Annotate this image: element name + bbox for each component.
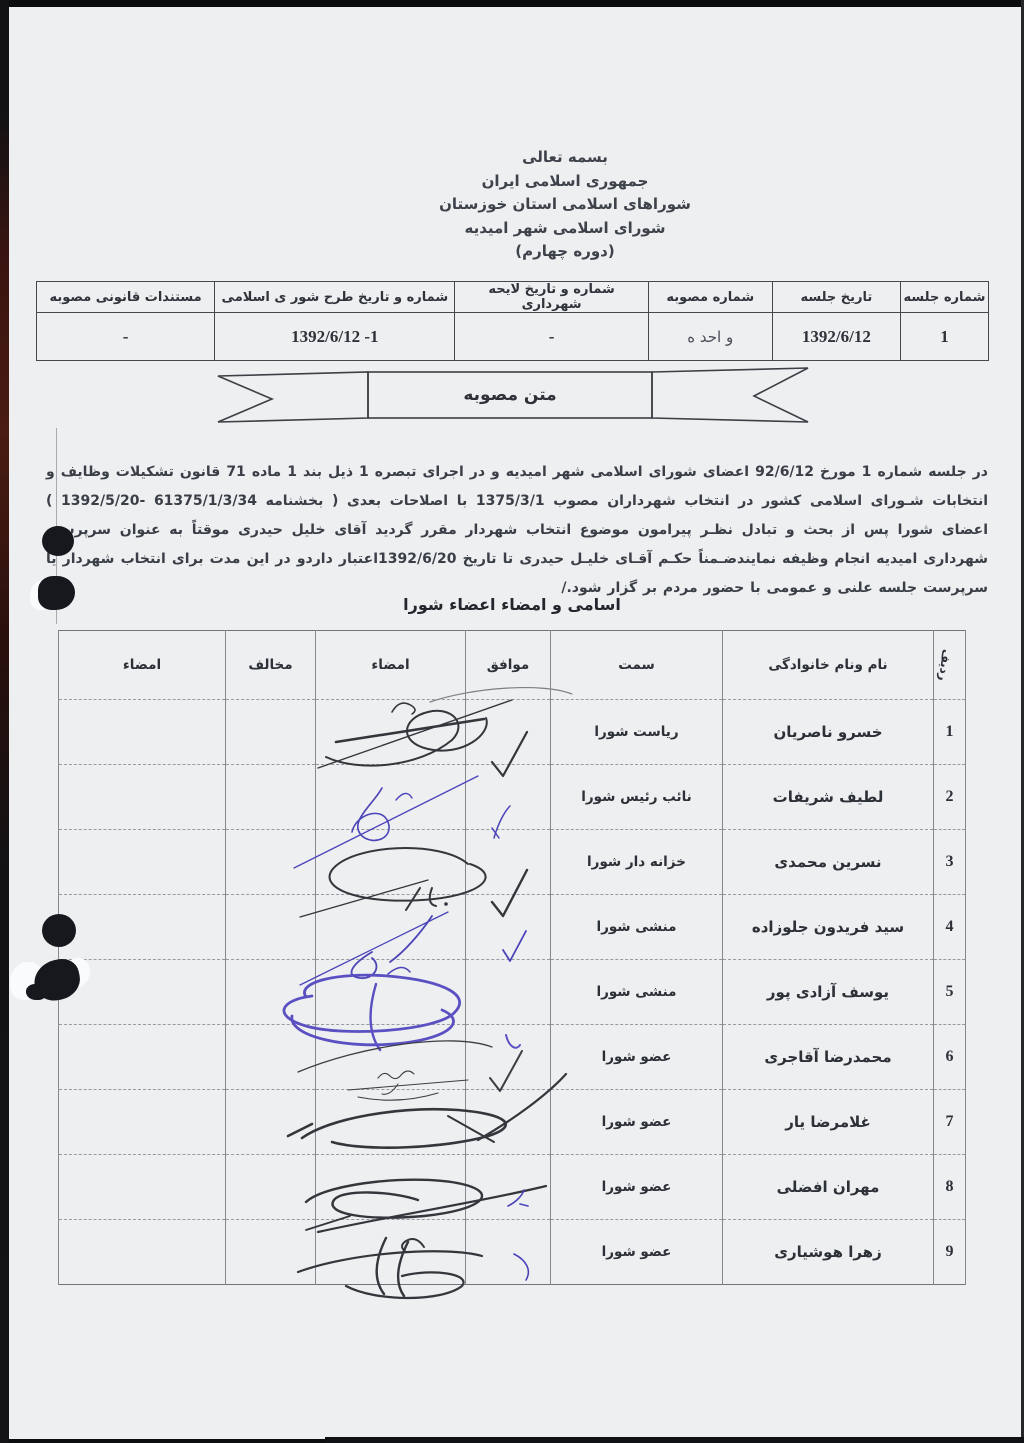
- oppose-signature-cell: [59, 1220, 226, 1285]
- agree-cell: [466, 830, 551, 895]
- agree-cell: [466, 1090, 551, 1155]
- letterhead-line-term: (دوره چهارم): [110, 240, 1020, 264]
- banner-ribbon-right: [652, 368, 808, 422]
- member-position: عضو شورا: [551, 1025, 723, 1090]
- member-row-3: 3 نسرین محمدی خزانه دار شورا: [59, 830, 966, 895]
- resolution-meta-table: شماره جلسه تاریخ جلسه شماره مصوبه شماره …: [36, 281, 989, 361]
- col-session-date: تاریخ جلسه: [772, 282, 900, 313]
- col-resolution-number: شماره مصوبه: [648, 282, 772, 313]
- member-position: عضو شورا: [551, 1090, 723, 1155]
- member-row-9: 9 زهرا هوشیاری عضو شورا: [59, 1220, 966, 1285]
- member-row-number: 7: [934, 1090, 966, 1155]
- letterhead-line-province-councils: شوراهای اسلامی استان خوزستان: [110, 193, 1020, 217]
- member-name: یوسف آزادی پور: [723, 960, 934, 1025]
- member-row-2: 2 لطیف شریفات نائب رئیس شورا: [59, 765, 966, 830]
- signature-cell: [316, 1155, 466, 1220]
- member-row-6: 6 محمدرضا آقاجری عضو شورا: [59, 1025, 966, 1090]
- punch-hole: [26, 984, 46, 1000]
- resolution-number-value: و احد ه: [648, 313, 772, 361]
- member-name: نسرین محمدی: [723, 830, 934, 895]
- signature-cell: [316, 765, 466, 830]
- session-date-value: 1392/6/12: [772, 313, 900, 361]
- oppose-cell: [226, 1220, 316, 1285]
- member-name: سید فریدون جلوزاده: [723, 895, 934, 960]
- scan-edge-bottom: [325, 1437, 1024, 1443]
- document-letterhead: بسمه تعالی جمهوری اسلامی ایران شوراهای ا…: [110, 146, 1020, 264]
- oppose-signature-cell: [59, 700, 226, 765]
- oppose-signature-cell: [59, 1090, 226, 1155]
- members-header-row: ردیف نام ونام خانوادگی سمت موافق امضاء م…: [59, 631, 966, 700]
- signature-cell: [316, 830, 466, 895]
- member-position: منشی شورا: [551, 895, 723, 960]
- letterhead-line-republic: جمهوری اسلامی ایران: [110, 170, 1020, 194]
- oppose-signature-cell: [59, 830, 226, 895]
- agree-cell: [466, 895, 551, 960]
- signature-cell: [316, 1220, 466, 1285]
- session-number-value: 1: [900, 313, 988, 361]
- member-position: خزانه دار شورا: [551, 830, 723, 895]
- header-row-number: ردیف: [934, 631, 966, 700]
- col-session-number: شماره جلسه: [900, 282, 988, 313]
- resolution-meta-header-row: شماره جلسه تاریخ جلسه شماره مصوبه شماره …: [37, 282, 989, 313]
- member-row-5: 5 یوسف آزادی پور منشی شورا: [59, 960, 966, 1025]
- header-position: سمت: [551, 631, 723, 700]
- agree-cell: [466, 765, 551, 830]
- scanned-document-page: بسمه تعالی جمهوری اسلامی ایران شوراهای ا…: [0, 0, 1024, 1443]
- council-plan-value: 1392/6/12 -1: [215, 313, 455, 361]
- oppose-cell: [226, 1025, 316, 1090]
- member-name: غلامرضا یار: [723, 1090, 934, 1155]
- member-name: مهران افضلی: [723, 1155, 934, 1220]
- oppose-cell: [226, 700, 316, 765]
- signature-cell: [316, 700, 466, 765]
- members-section-title: اسامی و امضاء اعضاء شورا: [0, 595, 1024, 614]
- header-signature-agree: امضاء: [316, 631, 466, 700]
- member-row-number: 8: [934, 1155, 966, 1220]
- header-agree: موافق: [466, 631, 551, 700]
- header-signature-oppose: امضاء: [59, 631, 226, 700]
- member-position: عضو شورا: [551, 1155, 723, 1220]
- col-council-plan: شماره و تاریخ طرح شور ی اسلامی: [215, 282, 455, 313]
- member-row-number: 1: [934, 700, 966, 765]
- oppose-cell: [226, 1155, 316, 1220]
- oppose-signature-cell: [59, 895, 226, 960]
- member-name: محمدرضا آقاجری: [723, 1025, 934, 1090]
- agree-cell: [466, 1025, 551, 1090]
- member-row-number: 6: [934, 1025, 966, 1090]
- signature-cell: [316, 895, 466, 960]
- member-position: نائب رئیس شورا: [551, 765, 723, 830]
- member-name: خسرو ناصریان: [723, 700, 934, 765]
- member-row-number: 4: [934, 895, 966, 960]
- banner-title: متن مصوبه: [368, 372, 652, 418]
- scan-edge-top: [0, 0, 1024, 7]
- member-row-7: 7 غلامرضا یار عضو شورا: [59, 1090, 966, 1155]
- member-row-number: 9: [934, 1220, 966, 1285]
- resolution-body-text: در جلسه شماره 1 مورخ 92/6/12 اعضای شورای…: [46, 458, 988, 603]
- signature-cell: [316, 1090, 466, 1155]
- agree-cell: [466, 960, 551, 1025]
- member-position: منشی شورا: [551, 960, 723, 1025]
- oppose-signature-cell: [59, 1155, 226, 1220]
- member-row-4: 4 سید فریدون جلوزاده منشی شورا: [59, 895, 966, 960]
- agree-cell: [466, 1220, 551, 1285]
- letterhead-line-city-council: شورای اسلامی شهر امیدیه: [110, 217, 1020, 241]
- member-row-number: 5: [934, 960, 966, 1025]
- oppose-cell: [226, 895, 316, 960]
- letterhead-line-bismillah: بسمه تعالی: [110, 146, 1020, 170]
- banner-ribbon-left: [218, 372, 368, 422]
- member-position: ریاست شورا: [551, 700, 723, 765]
- member-row-number: 3: [934, 830, 966, 895]
- agree-cell: [466, 700, 551, 765]
- scan-edge-left: [0, 0, 9, 1443]
- oppose-cell: [226, 765, 316, 830]
- agree-cell: [466, 1155, 551, 1220]
- col-municipality-bill: شماره و تاریخ لایحه شهرداری: [455, 282, 648, 313]
- members-signature-table: ردیف نام ونام خانوادگی سمت موافق امضاء م…: [58, 630, 966, 1285]
- col-legal-basis: مستندات قانونی مصوبه: [37, 282, 215, 313]
- signature-cell: [316, 1025, 466, 1090]
- oppose-signature-cell: [59, 765, 226, 830]
- member-row-8: 8 مهران افضلی عضو شورا: [59, 1155, 966, 1220]
- municipality-bill-value: -: [455, 313, 648, 361]
- member-position: عضو شورا: [551, 1220, 723, 1285]
- oppose-cell: [226, 1090, 316, 1155]
- header-oppose: مخالف: [226, 631, 316, 700]
- punch-hole: [42, 914, 76, 947]
- member-name: لطیف شریفات: [723, 765, 934, 830]
- oppose-cell: [226, 960, 316, 1025]
- member-name: زهرا هوشیاری: [723, 1220, 934, 1285]
- member-row-1: 1 خسرو ناصریان ریاست شورا: [59, 700, 966, 765]
- legal-basis-value: -: [37, 313, 215, 361]
- oppose-signature-cell: [59, 1025, 226, 1090]
- oppose-cell: [226, 830, 316, 895]
- signature-cell: [316, 960, 466, 1025]
- member-row-number: 2: [934, 765, 966, 830]
- punch-hole: [42, 526, 74, 556]
- header-full-name: نام ونام خانوادگی: [723, 631, 934, 700]
- resolution-meta-value-row: 1 1392/6/12 و احد ه - 1392/6/12 -1 -: [37, 313, 989, 361]
